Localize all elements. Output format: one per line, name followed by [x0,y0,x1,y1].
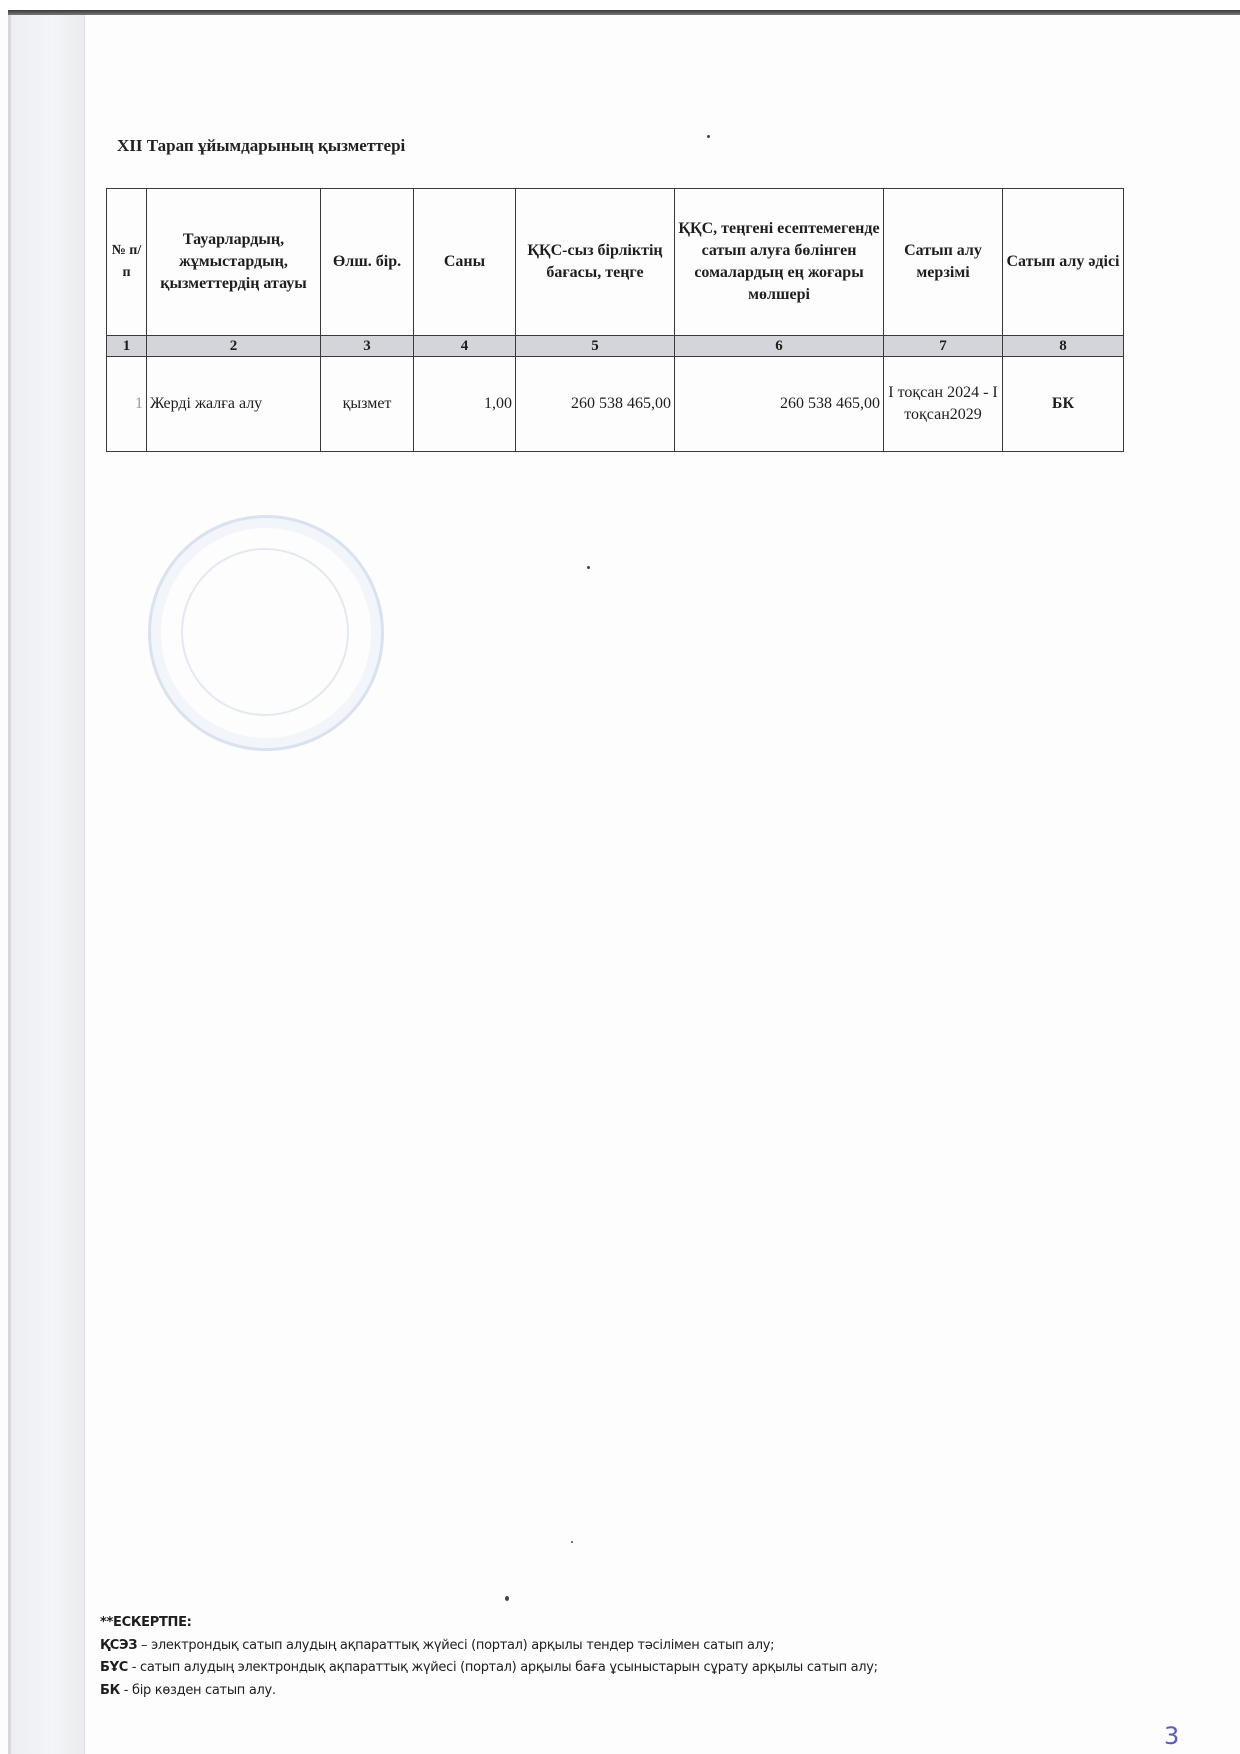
column-number-row: 1 2 3 4 5 6 7 8 [107,336,1124,357]
note-text: - бір көзден сатып алу. [120,1683,276,1698]
section-title: XII Тарап ұйымдарының қызметтері [117,136,405,156]
scan-speck [707,135,710,138]
scan-speck [587,566,590,569]
official-stamp [148,515,384,751]
note-item: БК - бір көзден сатып алу. [100,1680,878,1703]
header-unit-price: ҚҚС-сыз бірліктің бағасы, теңге [516,189,675,336]
stamp-inner-ring [181,548,349,716]
header-name: Тауарлардың, жұмыстардың, қызметтердің а… [147,189,321,336]
procurement-table: № п/п Тауарлардың, жұмыстардың, қызметте… [106,188,1124,452]
header-quantity: Саны [414,189,516,336]
scan-top-edge [8,10,1240,15]
row-unit: қызмет [321,357,414,452]
scan-top-margin [0,0,1240,10]
note-abbr: БҰС [100,1660,128,1675]
column-number: 1 [107,336,147,357]
note-text: – электрондық сатып алудың ақпараттық жү… [137,1638,774,1653]
row-max-amount: 260 538 465,00 [675,357,884,452]
column-number: 5 [516,336,675,357]
note-text: - сатып алудың электрондық ақпараттық жү… [128,1660,878,1675]
header-period: Сатып алу мерзімі [884,189,1003,336]
row-name: Жерді жалға алу [147,357,321,452]
header-unit: Өлш. бір. [321,189,414,336]
row-period: I тоқсан 2024 - I тоқсан2029 [884,357,1003,452]
column-number: 7 [884,336,1003,357]
scan-left-margin [8,15,85,1754]
header-index: № п/п [107,189,147,336]
scan-speck [505,1596,509,1601]
notes-heading: **ЕСКЕРТПЕ: [100,1612,878,1635]
column-number: 4 [414,336,516,357]
table-row: 1 Жерді жалға алу қызмет 1,00 260 538 46… [107,357,1124,452]
header-row: № п/п Тауарлардың, жұмыстардың, қызметте… [107,189,1124,336]
row-quantity: 1,00 [414,357,516,452]
column-number: 6 [675,336,884,357]
scan-left-edge [8,15,11,1754]
header-max-amount: ҚҚС, теңгені есептемегенде сатып алуға б… [675,189,884,336]
note-abbr: ҚСЭЗ [100,1638,137,1653]
scan-speck [571,1541,573,1543]
column-number: 2 [147,336,321,357]
column-number: 3 [321,336,414,357]
note-item: БҰС - сатып алудың электрондық ақпаратты… [100,1657,878,1680]
note-item: ҚСЭЗ – электрондық сатып алудың ақпаратт… [100,1635,878,1658]
header-method: Сатып алу әдісі [1003,189,1124,336]
row-method: БК [1003,357,1124,452]
column-number: 8 [1003,336,1124,357]
notes-block: **ЕСКЕРТПЕ: ҚСЭЗ – электрондық сатып алу… [100,1612,878,1702]
row-unit-price: 260 538 465,00 [516,357,675,452]
row-index: 1 [107,357,147,452]
page-number: 3 [1164,1722,1179,1750]
note-abbr: БК [100,1683,120,1698]
